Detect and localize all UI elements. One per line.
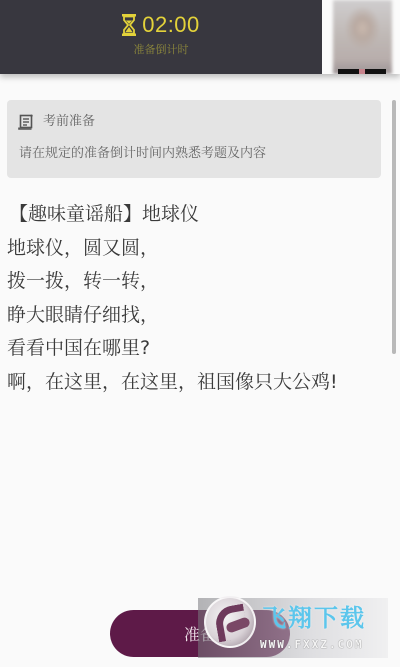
notice-title-row: 考前准备 — [18, 114, 95, 130]
hourglass-icon — [122, 14, 136, 36]
camera-preview — [322, 0, 400, 74]
notice-text: 请在规定的准备倒计时间内熟悉考题及内容 — [19, 145, 266, 162]
content-line: 看看中国在哪里? — [7, 332, 382, 366]
timer-label: 准备倒计时 — [134, 43, 189, 57]
notice-title: 考前准备 — [43, 114, 95, 130]
camera-feed-tie — [359, 69, 365, 74]
timer-row: 02:00 — [122, 12, 200, 38]
content-line: 地球仪，圆又圆， — [7, 232, 382, 266]
header-bar: 02:00 准备倒计时 — [0, 0, 400, 74]
countdown-timer: 02:00 准备倒计时 — [0, 0, 322, 74]
notice-card: 考前准备 请在规定的准备倒计时间内熟悉考题及内容 — [7, 100, 381, 178]
content-line: 啊，在这里，在这里，祖国像只大公鸡! — [7, 366, 382, 400]
watermark-title: 飞翔下载 — [262, 604, 366, 632]
scroll-document-icon — [18, 114, 34, 130]
exam-content: 【趣味童谣船】地球仪 地球仪，圆又圆， 拨一拨，转一转， 睁大眼睛仔细找， 看看… — [7, 198, 382, 399]
content-title: 【趣味童谣船】地球仪 — [9, 198, 382, 232]
watermark-overlay: 飞翔下载 WWW.FXXZ.COM — [198, 598, 388, 658]
exam-prep-screen: 02:00 准备倒计时 考前准备 请在规定的准 — [0, 0, 400, 667]
camera-feed-image — [333, 0, 392, 74]
watermark-url: WWW.FXXZ.COM — [260, 638, 363, 651]
watermark-logo-icon — [204, 596, 256, 648]
timer-value: 02:00 — [142, 12, 200, 38]
content-line: 睁大眼睛仔细找， — [7, 299, 382, 333]
content-line: 拨一拨，转一转， — [7, 265, 382, 299]
scrollbar[interactable] — [392, 100, 396, 354]
